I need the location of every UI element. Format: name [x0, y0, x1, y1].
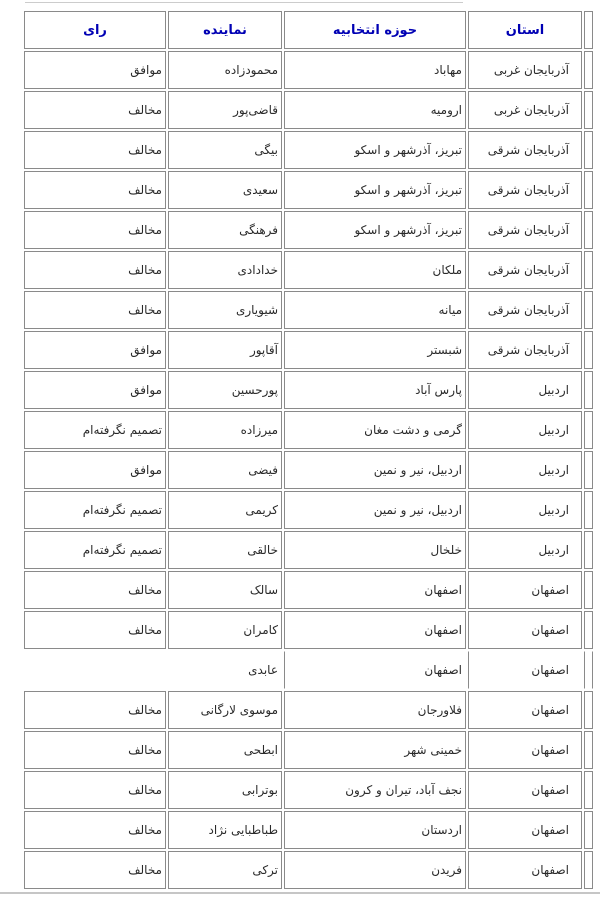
district-cell: تبریز، آذرشهر و اسکو: [284, 131, 466, 169]
province-cell: اردبیل: [468, 371, 582, 409]
representative-cell: خدادادی: [168, 251, 282, 289]
row-strip-cell: [584, 211, 593, 249]
representative-cell: ترکی: [168, 851, 282, 889]
table-row: اصفهان اصفهان کامران مخالف: [24, 611, 593, 649]
representative-cell: سالک: [168, 571, 282, 609]
vote-cell: مخالف: [24, 611, 166, 649]
representative-cell: قاضی‌پور: [168, 91, 282, 129]
province-cell: اصفهان: [468, 731, 582, 769]
column-header-representative: نماینده: [168, 11, 282, 49]
row-strip-cell: [584, 851, 593, 889]
district-cell: اردبیل، نیر و نمین: [284, 491, 466, 529]
province-cell: اردبیل: [468, 451, 582, 489]
representative-cell: طباطبایی نژاد: [168, 811, 282, 849]
representative-cell: آقاپور: [168, 331, 282, 369]
representative-cell: عابدی: [168, 651, 282, 689]
vote-cell: مخالف: [24, 571, 166, 609]
table-body: آذربایجان غربی مهاباد محمودزاده موافق آذ…: [24, 51, 593, 889]
district-cell: گرمی و دشت مغان: [284, 411, 466, 449]
province-cell: اردبیل: [468, 531, 582, 569]
district-cell: خمینی شهر: [284, 731, 466, 769]
row-strip-cell: [584, 611, 593, 649]
column-header-vote: رای: [24, 11, 166, 49]
district-cell: ملکان: [284, 251, 466, 289]
vote-cell: مخالف: [24, 291, 166, 329]
row-strip-cell: [584, 371, 593, 409]
vote-cell: موافق: [24, 51, 166, 89]
district-cell: تبریز، آذرشهر و اسکو: [284, 211, 466, 249]
table-row: اردبیل گرمی و دشت مغان میرزاده تصمیم نگر…: [24, 411, 593, 449]
vote-cell: مخالف: [24, 691, 166, 729]
vote-cell: موافق: [24, 331, 166, 369]
table-row: آذربایجان غربی ارومیه قاضی‌پور مخالف: [24, 91, 593, 129]
table-row: آذربایجان غربی مهاباد محمودزاده موافق: [24, 51, 593, 89]
representative-cell: فیضی: [168, 451, 282, 489]
province-cell: اصفهان: [468, 811, 582, 849]
province-cell: اصفهان: [468, 851, 582, 889]
district-cell: ارومیه: [284, 91, 466, 129]
column-header-province: استان: [468, 11, 582, 49]
row-strip-cell: [584, 291, 593, 329]
row-strip-cell: [584, 51, 593, 89]
row-strip-cell: [584, 411, 593, 449]
row-strip-cell: [584, 691, 593, 729]
district-cell: تبریز، آذرشهر و اسکو: [284, 171, 466, 209]
district-cell: اصفهان: [284, 611, 466, 649]
vote-cell: مخالف: [24, 211, 166, 249]
row-strip-cell: [584, 771, 593, 809]
vote-cell: مخالف: [24, 771, 166, 809]
row-strip-cell: [584, 131, 593, 169]
representative-cell: فرهنگی: [168, 211, 282, 249]
vote-cell: مخالف: [24, 171, 166, 209]
district-cell: فلاورجان: [284, 691, 466, 729]
row-strip-cell: [584, 571, 593, 609]
table-row: اصفهان اصفهان سالک مخالف: [24, 571, 593, 609]
table-row: آذربایجان شرقی تبریز، آذرشهر و اسکو بیگی…: [24, 131, 593, 169]
province-cell: اصفهان: [468, 651, 582, 689]
province-cell: آذربایجان شرقی: [468, 251, 582, 289]
representative-cell: موسوی لارگانی: [168, 691, 282, 729]
top-partial-border: [25, 2, 463, 3]
vote-cell: تصمیم نگرفته‌ام: [24, 531, 166, 569]
bottom-edge-line: [0, 892, 600, 894]
province-cell: اصفهان: [468, 571, 582, 609]
district-cell: پارس آباد: [284, 371, 466, 409]
row-strip-cell: [584, 731, 593, 769]
vote-cell: مخالف: [24, 811, 166, 849]
table-row: اردبیل اردبیل، نیر و نمین فیضی موافق: [24, 451, 593, 489]
vote-cell: موافق: [24, 451, 166, 489]
votes-table: استان حوزه انتخابیه نماینده رای آذربایجا…: [22, 9, 595, 891]
table-row: آذربایجان شرقی میانه شیویاری مخالف: [24, 291, 593, 329]
district-cell: میانه: [284, 291, 466, 329]
province-cell: اصفهان: [468, 691, 582, 729]
province-cell: آذربایجان شرقی: [468, 131, 582, 169]
province-cell: آذربایجان شرقی: [468, 331, 582, 369]
table-row: آذربایجان شرقی تبریز، آذرشهر و اسکو فرهن…: [24, 211, 593, 249]
table-row: آذربایجان شرقی تبریز، آذرشهر و اسکو سعید…: [24, 171, 593, 209]
district-cell: شبستر: [284, 331, 466, 369]
province-cell: آذربایجان شرقی: [468, 171, 582, 209]
row-strip-cell: [584, 451, 593, 489]
row-strip-cell: [584, 651, 593, 689]
district-cell: مهاباد: [284, 51, 466, 89]
province-cell: آذربایجان غربی: [468, 51, 582, 89]
province-cell: اردبیل: [468, 411, 582, 449]
table-row: اصفهان اصفهان عابدی: [24, 651, 593, 689]
representative-cell: کریمی: [168, 491, 282, 529]
representative-cell: سعیدی: [168, 171, 282, 209]
representative-cell: بیگی: [168, 131, 282, 169]
table-row: اصفهان فریدن ترکی مخالف: [24, 851, 593, 889]
vote-cell: تصمیم نگرفته‌ام: [24, 491, 166, 529]
table-row: اصفهان اردستان طباطبایی نژاد مخالف: [24, 811, 593, 849]
representative-cell: شیویاری: [168, 291, 282, 329]
vote-cell: مخالف: [24, 251, 166, 289]
province-cell: اصفهان: [468, 611, 582, 649]
representative-cell: پورحسین: [168, 371, 282, 409]
table-row: آذربایجان شرقی ملکان خدادادی مخالف: [24, 251, 593, 289]
province-cell: اصفهان: [468, 771, 582, 809]
district-cell: اصفهان: [284, 651, 466, 689]
representative-cell: محمودزاده: [168, 51, 282, 89]
province-cell: آذربایجان شرقی: [468, 291, 582, 329]
table-row: اصفهان فلاورجان موسوی لارگانی مخالف: [24, 691, 593, 729]
district-cell: اردستان: [284, 811, 466, 849]
representative-cell: میرزاده: [168, 411, 282, 449]
column-header-district: حوزه انتخابیه: [284, 11, 466, 49]
table-row: اردبیل اردبیل، نیر و نمین کریمی تصمیم نگ…: [24, 491, 593, 529]
row-strip-cell: [584, 171, 593, 209]
table-row: اردبیل خلخال خالقی تصمیم نگرفته‌ام: [24, 531, 593, 569]
vote-cell: موافق: [24, 371, 166, 409]
header-empty-strip-cell: [584, 11, 593, 49]
row-strip-cell: [584, 811, 593, 849]
page: استان حوزه انتخابیه نماینده رای آذربایجا…: [0, 0, 600, 898]
district-cell: نجف آباد، تیران و کرون: [284, 771, 466, 809]
row-strip-cell: [584, 331, 593, 369]
table-row: آذربایجان شرقی شبستر آقاپور موافق: [24, 331, 593, 369]
district-cell: اردبیل، نیر و نمین: [284, 451, 466, 489]
vote-cell: مخالف: [24, 851, 166, 889]
representative-cell: بوترابی: [168, 771, 282, 809]
province-cell: اردبیل: [468, 491, 582, 529]
district-cell: اصفهان: [284, 571, 466, 609]
row-strip-cell: [584, 531, 593, 569]
vote-cell: مخالف: [24, 131, 166, 169]
table-row: اردبیل پارس آباد پورحسین موافق: [24, 371, 593, 409]
province-cell: آذربایجان شرقی: [468, 211, 582, 249]
table-row: اصفهان نجف آباد، تیران و کرون بوترابی مخ…: [24, 771, 593, 809]
table-header-row: استان حوزه انتخابیه نماینده رای: [24, 11, 593, 49]
vote-cell: مخالف: [24, 731, 166, 769]
province-cell: آذربایجان غربی: [468, 91, 582, 129]
representative-cell: ابطحی: [168, 731, 282, 769]
representative-cell: خالقی: [168, 531, 282, 569]
row-strip-cell: [584, 491, 593, 529]
vote-cell: مخالف: [24, 91, 166, 129]
district-cell: خلخال: [284, 531, 466, 569]
vote-cell: [24, 651, 166, 689]
table-row: اصفهان خمینی شهر ابطحی مخالف: [24, 731, 593, 769]
row-strip-cell: [584, 251, 593, 289]
representative-cell: کامران: [168, 611, 282, 649]
vote-cell: تصمیم نگرفته‌ام: [24, 411, 166, 449]
row-strip-cell: [584, 91, 593, 129]
district-cell: فریدن: [284, 851, 466, 889]
